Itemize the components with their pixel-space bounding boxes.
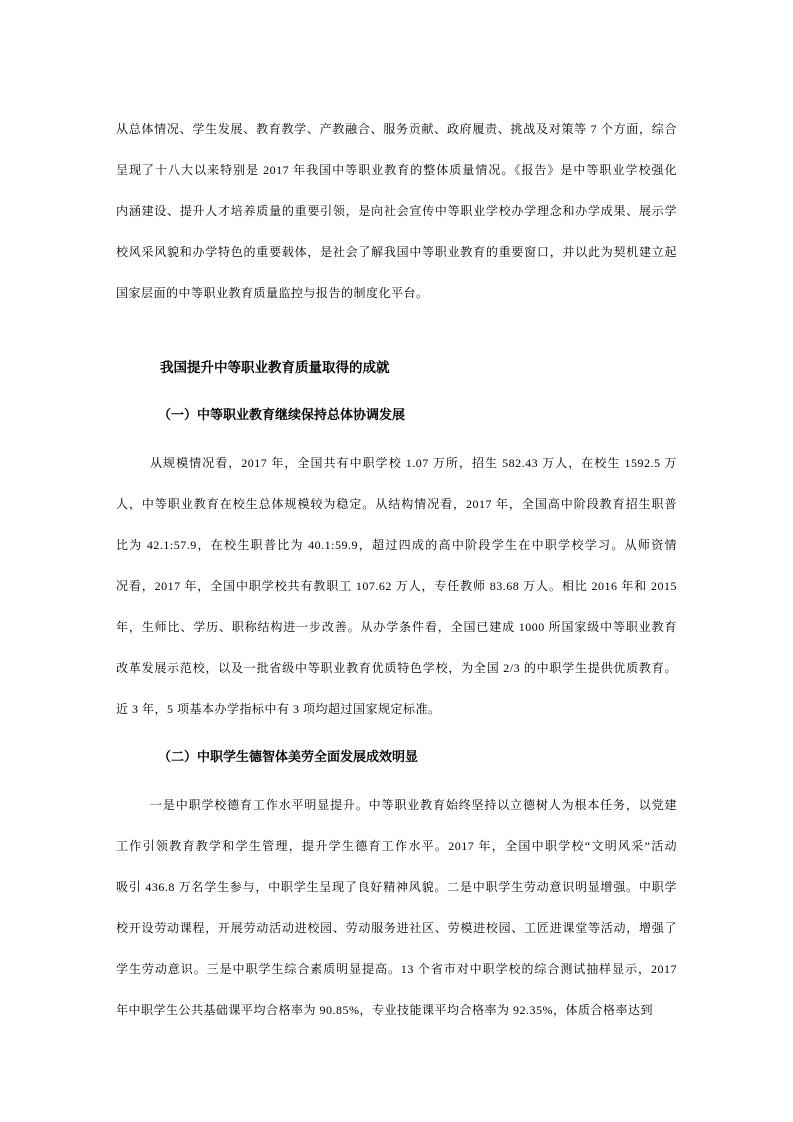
paragraph-moral-labor-quality: 一是中职学校德育工作水平明显提升。中等职业教育始终坚持以立德树人为根本任务，以党… — [116, 785, 677, 1031]
text-line: 内涵建设、提升人才培养质量的重要引领，是向社会宣传中等职业学校办学理念和办学成果… — [116, 191, 677, 232]
text-line: 学生劳动意识。三是中职学生综合素质明显提高。13 个省市对中职学校的综合测试抽样… — [116, 949, 677, 990]
text-line: 人，中等职业教育在校生总体规模较为稳定。从结构情况看，2017 年，全国高中阶段… — [116, 484, 677, 525]
text-line: 比为 42.1:57.9，在校生职普比为 40.1:59.9，超过四成的高中阶段… — [116, 525, 677, 566]
document-page: 从总体情况、学生发展、教育教学、产教融合、服务贡献、政府履责、挑战及对策等 7 … — [0, 0, 793, 1122]
page-content: 从总体情况、学生发展、教育教学、产教融合、服务贡献、政府履责、挑战及对策等 7 … — [116, 109, 677, 1031]
text-line: 从规模情况看，2017 年，全国共有中职学校 1.07 万所，招生 582.43… — [116, 443, 677, 484]
text-line: 工作引领教育教学和学生管理，提升学生德育工作水平。2017 年，全国中职学校“文… — [116, 826, 677, 867]
text-line: 改革发展示范校，以及一批省级中等职业教育优质特色学校，为全国 2/3 的中职学生… — [116, 648, 677, 689]
section-title-achievements: 我国提升中等职业教育质量取得的成就 — [116, 347, 677, 388]
text-line: 校开设劳动课程，开展劳动活动进校园、劳动服务进社区、劳模进校园、工匠进课堂等活动… — [116, 908, 677, 949]
paragraph-scale-structure-teachers: 从规模情况看，2017 年，全国共有中职学校 1.07 万所，招生 582.43… — [116, 443, 677, 730]
subsection-title-2-student-development: （二）中职学生德智体美劳全面发展成效明显 — [116, 736, 677, 777]
text-line: 年中职学生公共基础课平均合格率为 90.85%，专业技能课平均合格率为 92.3… — [116, 990, 677, 1031]
text-line: 校风采风貌和办学特色的重要载体，是社会了解我国中等职业教育的重要窗口，并以此为契… — [116, 232, 677, 273]
paragraph-report-overview: 从总体情况、学生发展、教育教学、产教融合、服务贡献、政府履责、挑战及对策等 7 … — [116, 109, 677, 314]
text-line: 近 3 年，5 项基本办学指标中有 3 项均超过国家规定标准。 — [116, 689, 677, 730]
text-line: 吸引 436.8 万名学生参与，中职学生呈现了良好精神风貌。二是中职学生劳动意识… — [116, 867, 677, 908]
text-line: 国家层面的中等职业教育质量监控与报告的制度化平台。 — [116, 273, 677, 314]
text-line: 年，生师比、学历、职称结构进一步改善。从办学条件看，全国已建成 1000 所国家… — [116, 607, 677, 648]
text-line: 一是中职学校德育工作水平明显提升。中等职业教育始终坚持以立德树人为根本任务，以党… — [116, 785, 677, 826]
text-line: 呈现了十八大以来特别是 2017 年我国中等职业教育的整体质量情况。《报告》是中… — [116, 150, 677, 191]
text-line: 从总体情况、学生发展、教育教学、产教融合、服务贡献、政府履责、挑战及对策等 7 … — [116, 109, 677, 150]
subsection-title-1-coordinated-development: （一）中等职业教育继续保持总体协调发展 — [116, 394, 677, 435]
text-line: 况看，2017 年，全国中职学校共有教职工 107.62 万人，专任教师 83.… — [116, 566, 677, 607]
